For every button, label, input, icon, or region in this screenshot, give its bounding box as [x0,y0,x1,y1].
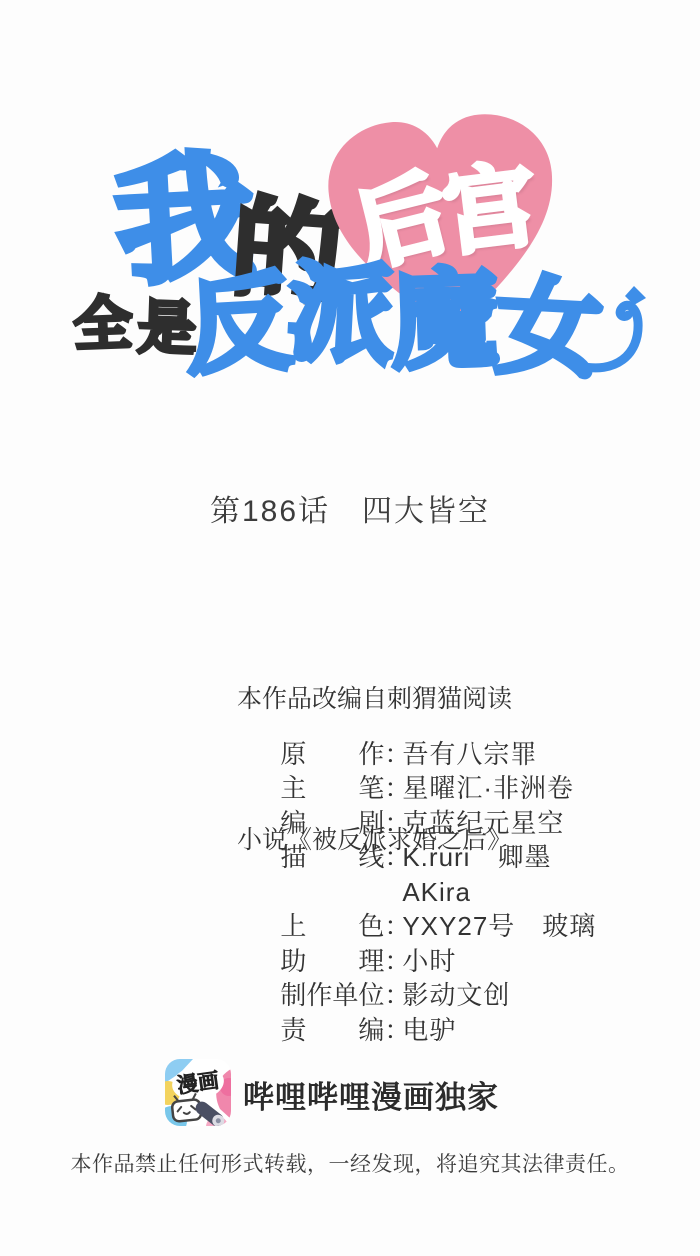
credit-label: 主 笔： [280,771,402,806]
credit-value: 电驴 [402,1015,456,1045]
credit-value: 克蓝纪元星空 [402,808,564,838]
credit-label: 编 剧： [280,806,402,841]
credit-label: 助 理： [280,944,402,979]
title-char-fan: 反 [183,269,294,380]
title-char-gong: 宫 [439,159,542,262]
bilibili-manga-app-icon: 漫画 [165,1059,231,1126]
title-char-quan: 全 [73,295,133,355]
title-char-mo: 魔 [390,266,500,376]
credit-value: YXY27号 玻璃 [402,911,596,941]
chapter-title: 第186话 四大皆空 [0,486,700,530]
footer-brand-row: 漫画 哔哩哔哩漫画独家 [0,1050,700,1140]
credit-value: 吾有八宗罪 [402,739,537,769]
credit-value: AKira [402,877,471,907]
credit-label: 上 色： [280,909,402,944]
comic-credits-page: 我 的 后 宫 全 是 反 派 魔 女 第186话 四大皆空 本作品改编自刺猬猫… [0,0,700,1256]
credit-value: 小时 [402,946,456,976]
title-char-pai: 派 [285,259,396,370]
credit-value: K.ruri 卿墨 [402,842,551,872]
brand-exclusive-text: 哔哩哔哩漫画独家 [243,1072,499,1117]
title-char-nv: 女 [493,273,604,384]
credit-label: 原 作： [280,737,402,772]
credit-row-original-work: 原 作：吾有八宗罪 [237,702,596,737]
credit-value: 星曜汇·非洲卷 [402,773,574,803]
credit-value: 影动文创 [402,980,510,1010]
series-title-logo: 我 的 后 宫 全 是 反 派 魔 女 [0,0,700,440]
copyright-disclaimer: 本作品禁止任何形式转载，一经发现，将追究其法律责任。 [0,1148,700,1178]
credit-label: 描 线： [280,840,402,875]
credit-label: 责 编： [280,1013,402,1048]
credit-label: 制作单位： [280,978,402,1013]
credits-list: 原 作：吾有八宗罪 主 笔：星曜汇·非洲卷 编 剧：克蓝纪元星空 描 线：K.r… [237,702,596,1013]
